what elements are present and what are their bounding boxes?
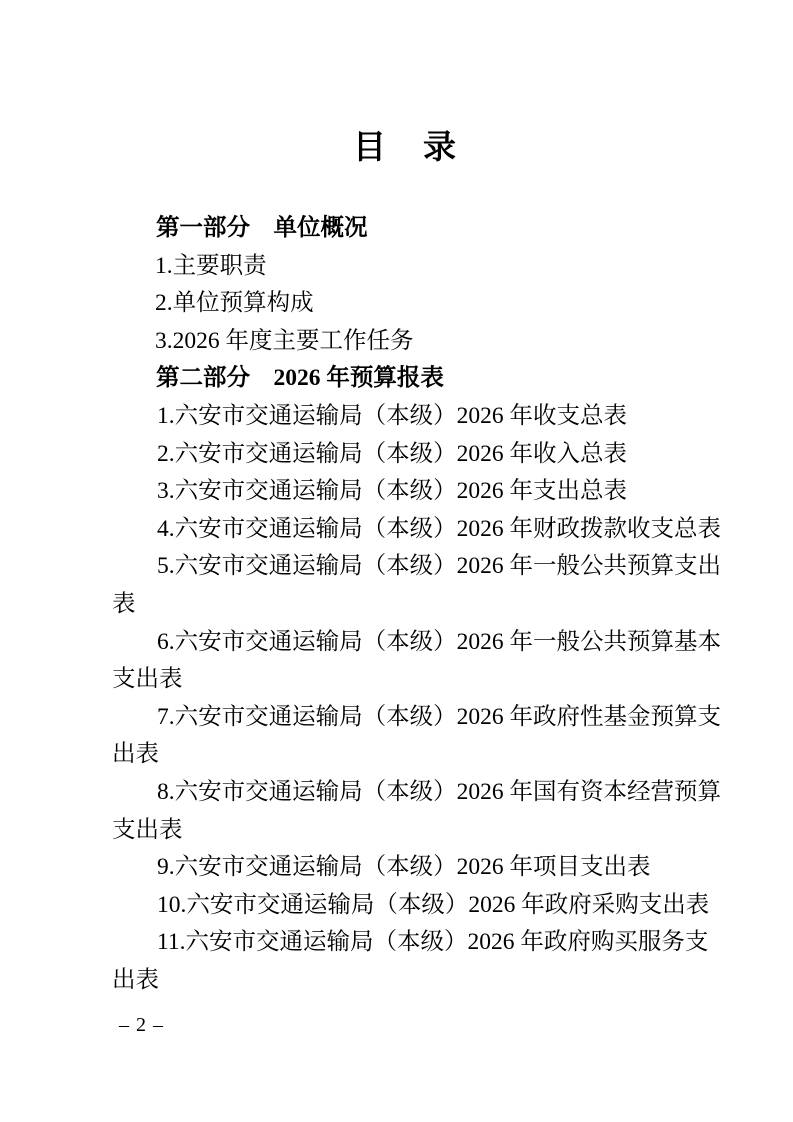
- toc-entry: 1.六安市交通运输局（本级）2026 年收支总表: [112, 398, 733, 436]
- page-number: – 2 –: [119, 1013, 164, 1037]
- toc-entry: 1.主要职责: [112, 248, 733, 286]
- toc-section-2-heading: 第二部分 2026 年预算报表: [112, 360, 733, 398]
- document-page: 目 录 第一部分 单位概况 1.主要职责 2.单位预算构成 3.2026 年度主…: [0, 0, 793, 1122]
- table-of-contents: 第一部分 单位概况 1.主要职责 2.单位预算构成 3.2026 年度主要工作任…: [112, 210, 733, 999]
- toc-entry: 7.六安市交通运输局（本级）2026 年政府性基金预算支 出表: [112, 699, 733, 774]
- page-title: 目 录: [0, 0, 793, 169]
- toc-entry: 6.六安市交通运输局（本级）2026 年一般公共预算基本 支出表: [112, 624, 733, 699]
- toc-entry: 8.六安市交通运输局（本级）2026 年国有资本经营预算 支出表: [112, 774, 733, 849]
- toc-entry: 11.六安市交通运输局（本级）2026 年政府购买服务支 出表: [112, 924, 733, 999]
- toc-entry: 4.六安市交通运输局（本级）2026 年财政拨款收支总表: [112, 511, 733, 549]
- toc-entry: 5.六安市交通运输局（本级）2026 年一般公共预算支出 表: [112, 548, 733, 623]
- toc-entry: 3.2026 年度主要工作任务: [112, 323, 733, 361]
- toc-entry: 10.六安市交通运输局（本级）2026 年政府采购支出表: [112, 887, 733, 925]
- toc-entry: 9.六安市交通运输局（本级）2026 年项目支出表: [112, 849, 733, 887]
- toc-entry: 3.六安市交通运输局（本级）2026 年支出总表: [112, 473, 733, 511]
- toc-entry: 2.单位预算构成: [112, 285, 733, 323]
- toc-section-1-heading: 第一部分 单位概况: [112, 210, 733, 248]
- toc-entry: 2.六安市交通运输局（本级）2026 年收入总表: [112, 436, 733, 474]
